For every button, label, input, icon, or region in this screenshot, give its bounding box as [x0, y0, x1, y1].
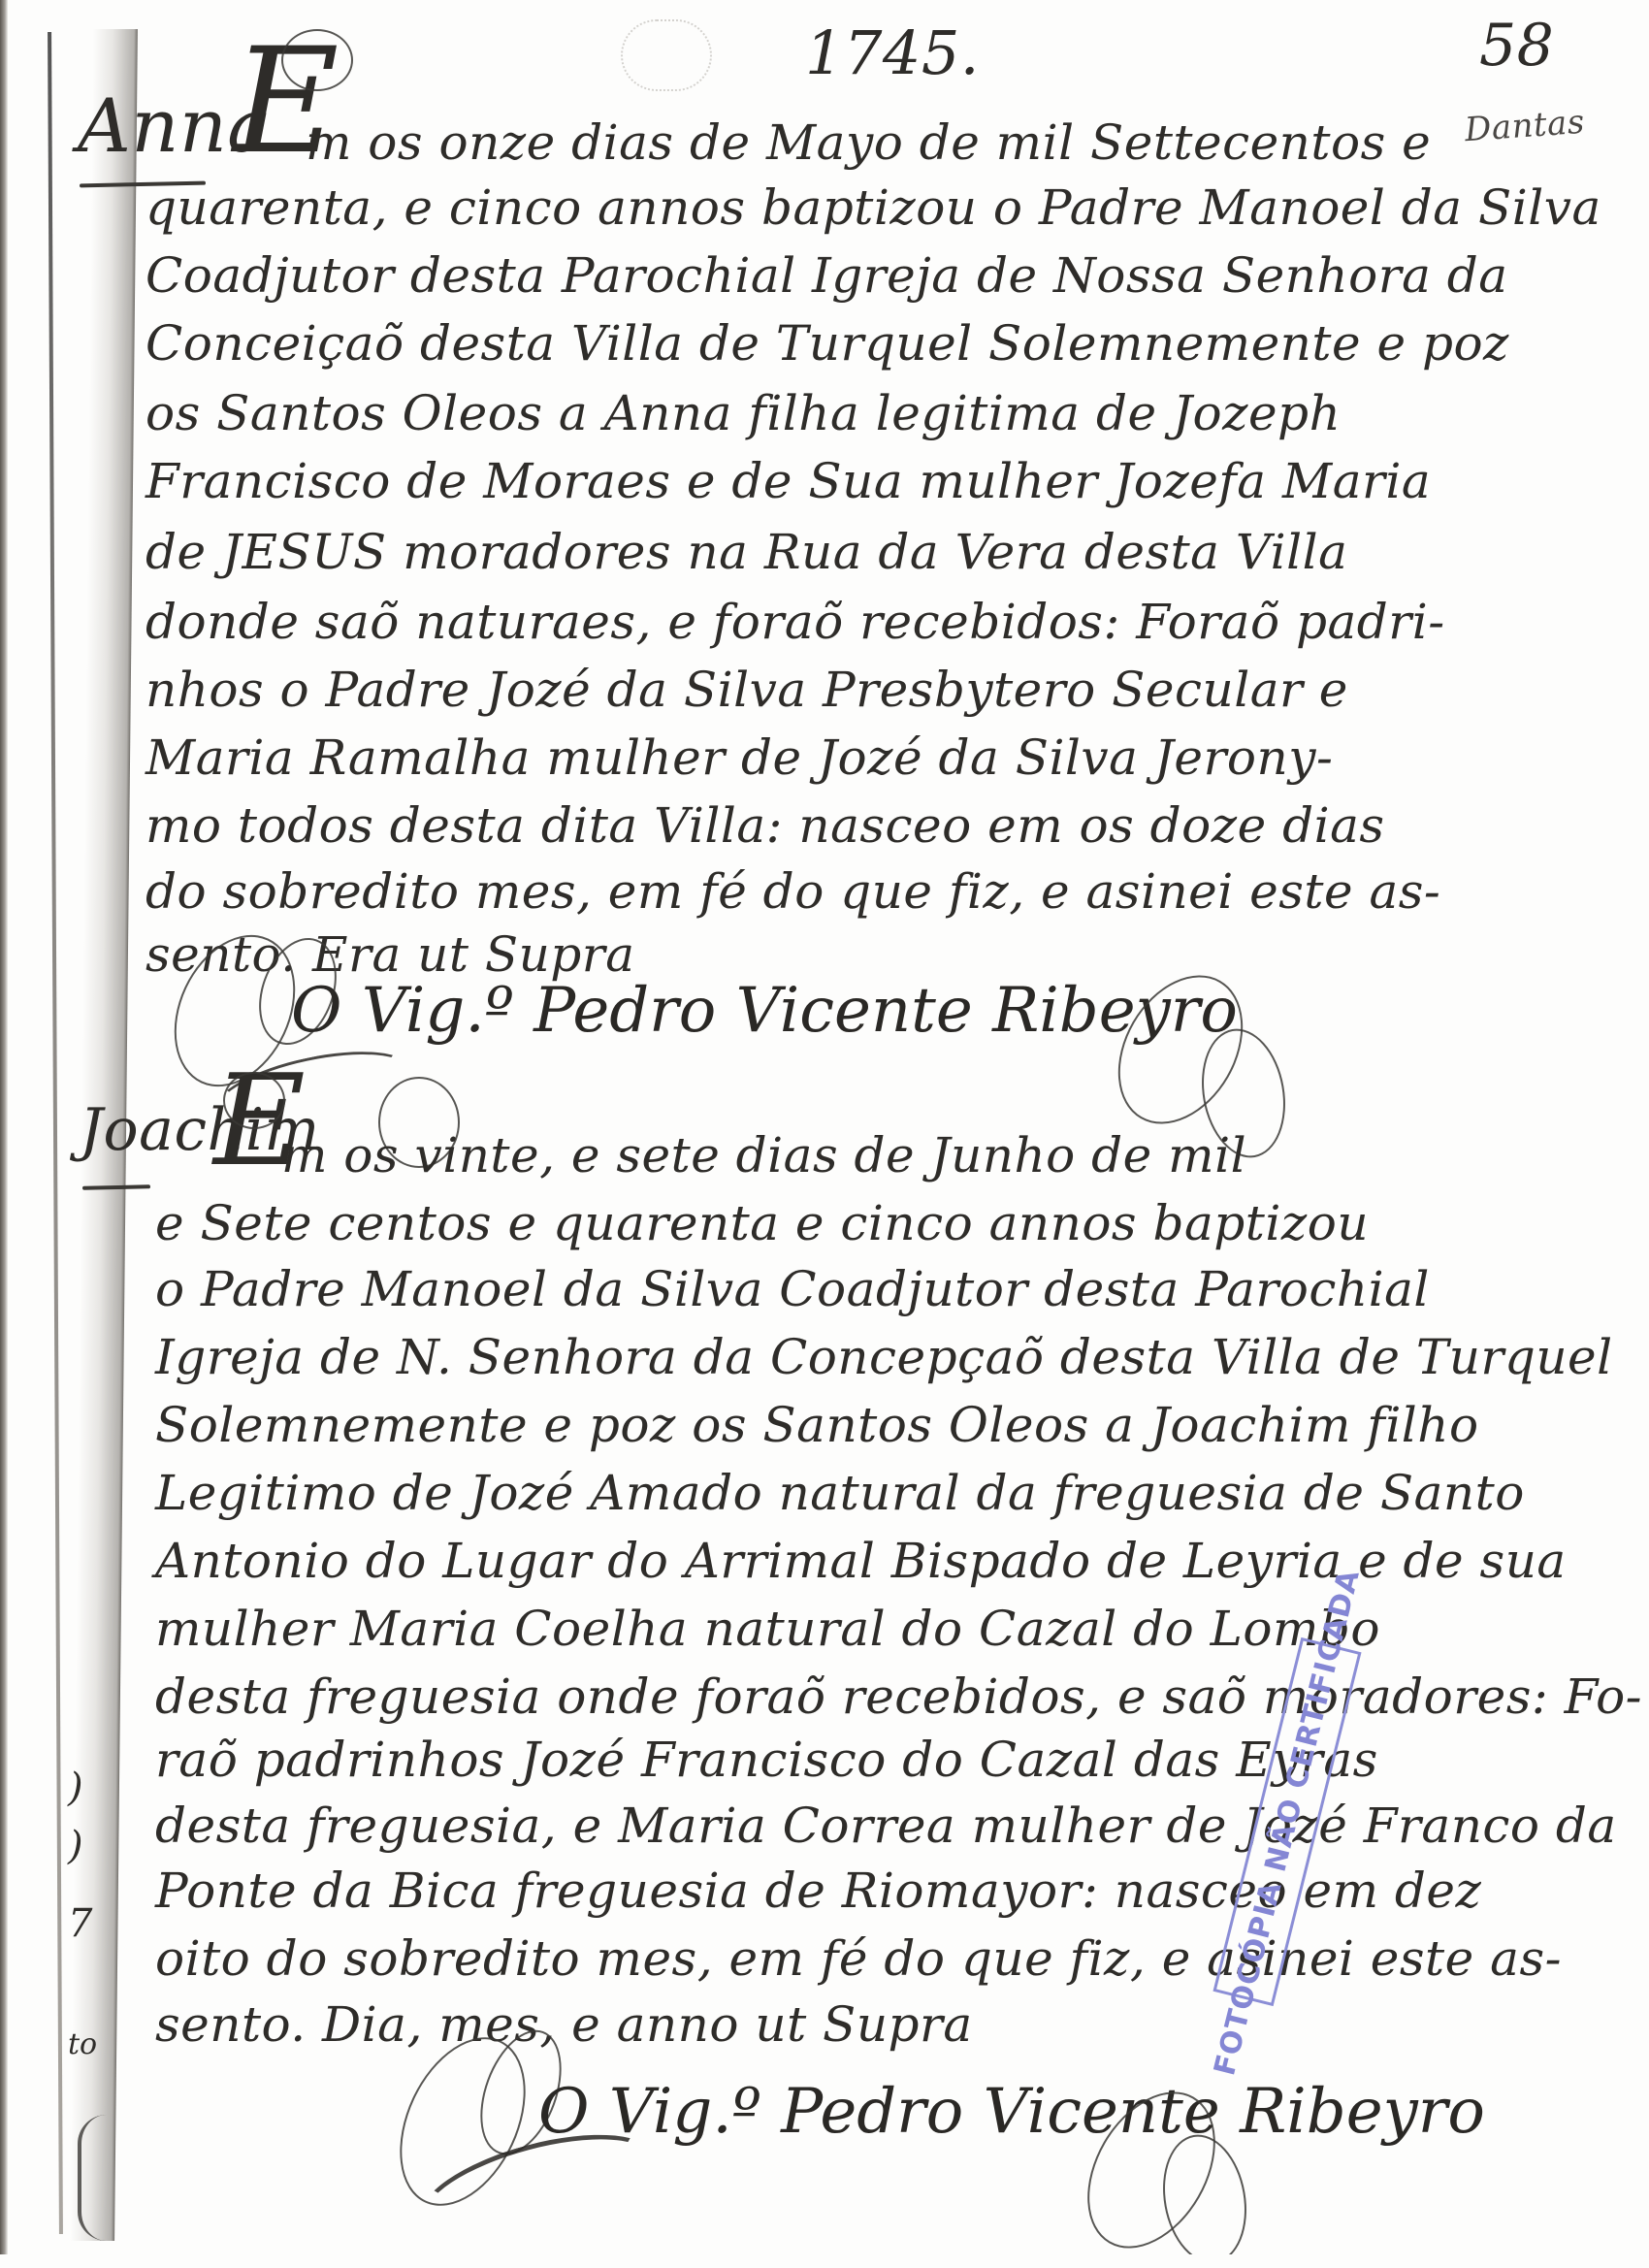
entry-line: Francisco de Moraes e de Sua mulher Joze…: [145, 453, 1431, 509]
entry-line: mulher Maria Coelha natural do Cazal do …: [155, 1601, 1380, 1657]
initial-flourish: [281, 29, 353, 91]
margin-fragment: 7: [68, 1901, 92, 1946]
priest-signature: O Vig.º Pedro Vicente Ribeyro: [538, 2076, 1485, 2148]
entry-line: os Santos Oleos a Anna filha legitima de…: [145, 385, 1341, 441]
entry-line: Igreja de N. Senhora da Concepçaõ desta …: [155, 1329, 1613, 1385]
faded-mark: [621, 19, 712, 91]
entry-line: Maria Ramalha mulher de Jozé da Silva Je…: [145, 729, 1333, 786]
name-underline: [82, 1184, 150, 1189]
year-heading: 1745.: [805, 17, 980, 88]
margin-note: Dantas: [1464, 103, 1586, 150]
entry-line: o Padre Manoel da Silva Coadjutor desta …: [155, 1261, 1430, 1317]
margin-fragment: ): [68, 1824, 83, 1868]
entry-line: de JESUS moradores na Rua da Vera desta …: [145, 524, 1347, 580]
entry-line: e Sete centos e quarenta e cinco annos b…: [155, 1195, 1369, 1251]
entry-line: m os onze dias de Mayo de mil Settecento…: [306, 114, 1431, 171]
entry-line: desta freguesia, e Maria Correa mulher d…: [155, 1798, 1617, 1854]
entry-line: quarenta, e cinco annos baptizou o Padre…: [145, 179, 1601, 236]
folio-number: 58: [1479, 12, 1554, 80]
page-bottom-edge: [0, 2254, 1649, 2268]
initial-flourish: [223, 1072, 285, 1129]
margin-fragment: ): [68, 1766, 83, 1810]
entry-line: do sobredito mes, em fé do que fiz, e as…: [145, 863, 1440, 920]
page-edge: [0, 0, 8, 2268]
entry-line: m os vinte, e sete dias de Junho de mil: [281, 1127, 1246, 1183]
entry-line: Conceiçaõ desta Villa de Turquel Solemne…: [145, 315, 1509, 372]
margin-flourish-fragment: [78, 2115, 111, 2241]
entry-line: mo todos desta dita Villa: nasceo em os …: [145, 797, 1385, 854]
priest-signature: O Vig.º Pedro Vicente Ribeyro: [291, 975, 1238, 1047]
entry-line: Coadjutor desta Parochial Igreja de Noss…: [145, 247, 1508, 304]
entry-line: donde saõ naturaes, e foraõ recebidos: F…: [145, 594, 1445, 650]
entry-line: Legitimo de Jozé Amado natural da fregue…: [155, 1465, 1525, 1521]
margin-rule: [48, 32, 63, 2234]
entry-line: nhos o Padre Jozé da Silva Presbytero Se…: [145, 662, 1348, 718]
entry-line: oito do sobredito mes, em fé do que fiz,…: [155, 1930, 1562, 1987]
entry-line: desta freguesia onde foraõ recebidos, e …: [155, 1669, 1642, 1725]
entry-line: raõ padrinhos Jozé Francisco do Cazal da…: [155, 1732, 1378, 1788]
entry-line: Solemnemente e poz os Santos Oleos a Joa…: [155, 1397, 1479, 1453]
entry-line: sento. Dia, mes, e anno ut Supra: [155, 1996, 973, 2053]
margin-fragment: to: [68, 2027, 97, 2061]
